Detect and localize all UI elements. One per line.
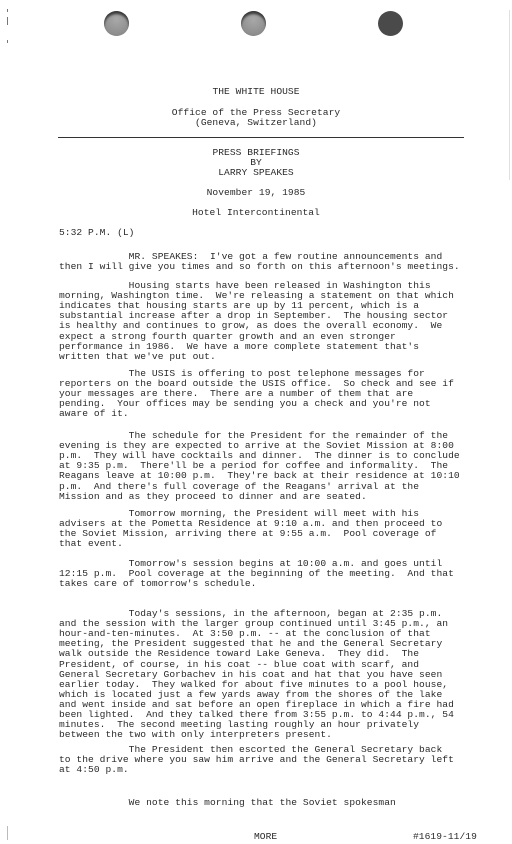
paragraph-line: aware of it.	[59, 409, 129, 419]
document-page: THE WHITE HOUSE Office of the Press Secr…	[0, 0, 512, 844]
paragraph-line: that event.	[59, 539, 123, 549]
paragraph-line: Mission and as they proceed to dinner an…	[59, 492, 367, 502]
paragraph-line: We note this morning that the Soviet spo…	[59, 798, 396, 808]
paragraph-line: between the two with only interpreters p…	[59, 730, 332, 740]
margin-mark	[7, 9, 8, 12]
margin-mark	[7, 826, 8, 840]
margin-mark	[7, 40, 8, 43]
punch-hole	[241, 11, 266, 36]
paragraph-line: written that we've put out.	[59, 352, 216, 362]
org-heading: THE WHITE HOUSE	[0, 87, 512, 97]
punch-hole	[104, 11, 129, 36]
margin-mark	[7, 17, 8, 25]
header-rule	[58, 137, 464, 138]
more-marker: MORE	[254, 832, 277, 842]
briefing-venue: Hotel Intercontinental	[0, 208, 512, 218]
paragraph-line: takes care of tomorrow's schedule.	[59, 579, 256, 589]
document-number: #1619-11/19	[413, 832, 477, 842]
briefing-date: November 19, 1985	[0, 188, 512, 198]
paragraph-line: at 4:50 p.m.	[59, 765, 129, 775]
punch-hole	[378, 11, 403, 36]
briefing-time: 5:32 P.M. (L)	[59, 228, 135, 238]
paragraph-line: then I will give you times and so forth …	[59, 262, 460, 272]
location-heading: (Geneva, Switzerland)	[0, 118, 512, 128]
title-line: LARRY SPEAKES	[0, 168, 512, 178]
